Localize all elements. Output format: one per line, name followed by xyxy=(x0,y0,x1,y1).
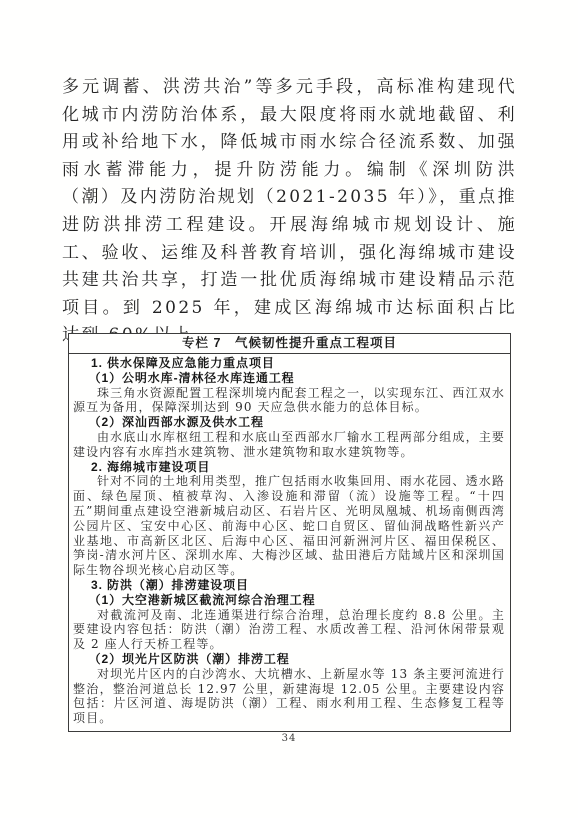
callout-box: 专栏 7 气候韧性提升重点工程项目 1. 供水保障及应急能力重点项目 （1）公明… xyxy=(68,333,511,732)
section-2-body: 针对不同的土地利用类型，推广包括雨水收集回用、雨水花园、透水路面、绿色屋顶、植被… xyxy=(73,474,505,578)
section-1-item-2-body: 由水底山水库枢纽工程和水底山至西部水厂输水工程两部分组成，主要建设内容有水库挡水… xyxy=(73,430,505,460)
callout-box-body: 1. 供水保障及应急能力重点项目 （1）公明水库-清林径水库连通工程 珠三角水资… xyxy=(69,354,510,731)
section-3-heading: 3. 防洪（潮）排涝建设项目 xyxy=(73,578,505,593)
section-1-item-2-subheading: （2）深汕西部水源及供水工程 xyxy=(73,415,505,430)
body-paragraph: 多元调蓄、洪涝共治”等多元手段，高标准构建现代化城市内涝防治体系，最大限度将雨水… xyxy=(62,74,517,350)
section-3-item-1-body: 对截流河及南、北连通渠进行综合治理，总治理长度约 8.8 公里。主要建设内容包括… xyxy=(73,608,505,652)
section-3-item-2-body: 对坝光片区内的白沙湾水、大坑槽水、上新屋水等 13 条主要河流进行整治，整治河道… xyxy=(73,667,505,726)
page-number: 34 xyxy=(0,733,578,744)
callout-box-title: 专栏 7 气候韧性提升重点工程项目 xyxy=(69,334,510,354)
section-1-item-1-body: 珠三角水资源配置工程深圳境内配套工程之一，以实现东江、西江双水源互为备用，保障深… xyxy=(73,386,505,416)
section-3-item-1-subheading: （1）大空港新城区截流河综合治理工程 xyxy=(73,593,505,608)
section-1-item-1-subheading: （1）公明水库-清林径水库连通工程 xyxy=(73,371,505,386)
section-2-heading: 2. 海绵城市建设项目 xyxy=(73,460,505,475)
section-1-heading: 1. 供水保障及应急能力重点项目 xyxy=(73,356,505,371)
document-page: 多元调蓄、洪涝共治”等多元手段，高标准构建现代化城市内涝防治体系，最大限度将雨水… xyxy=(0,0,578,818)
section-3-item-2-subheading: （2）坝光片区防洪（潮）排涝工程 xyxy=(73,652,505,667)
